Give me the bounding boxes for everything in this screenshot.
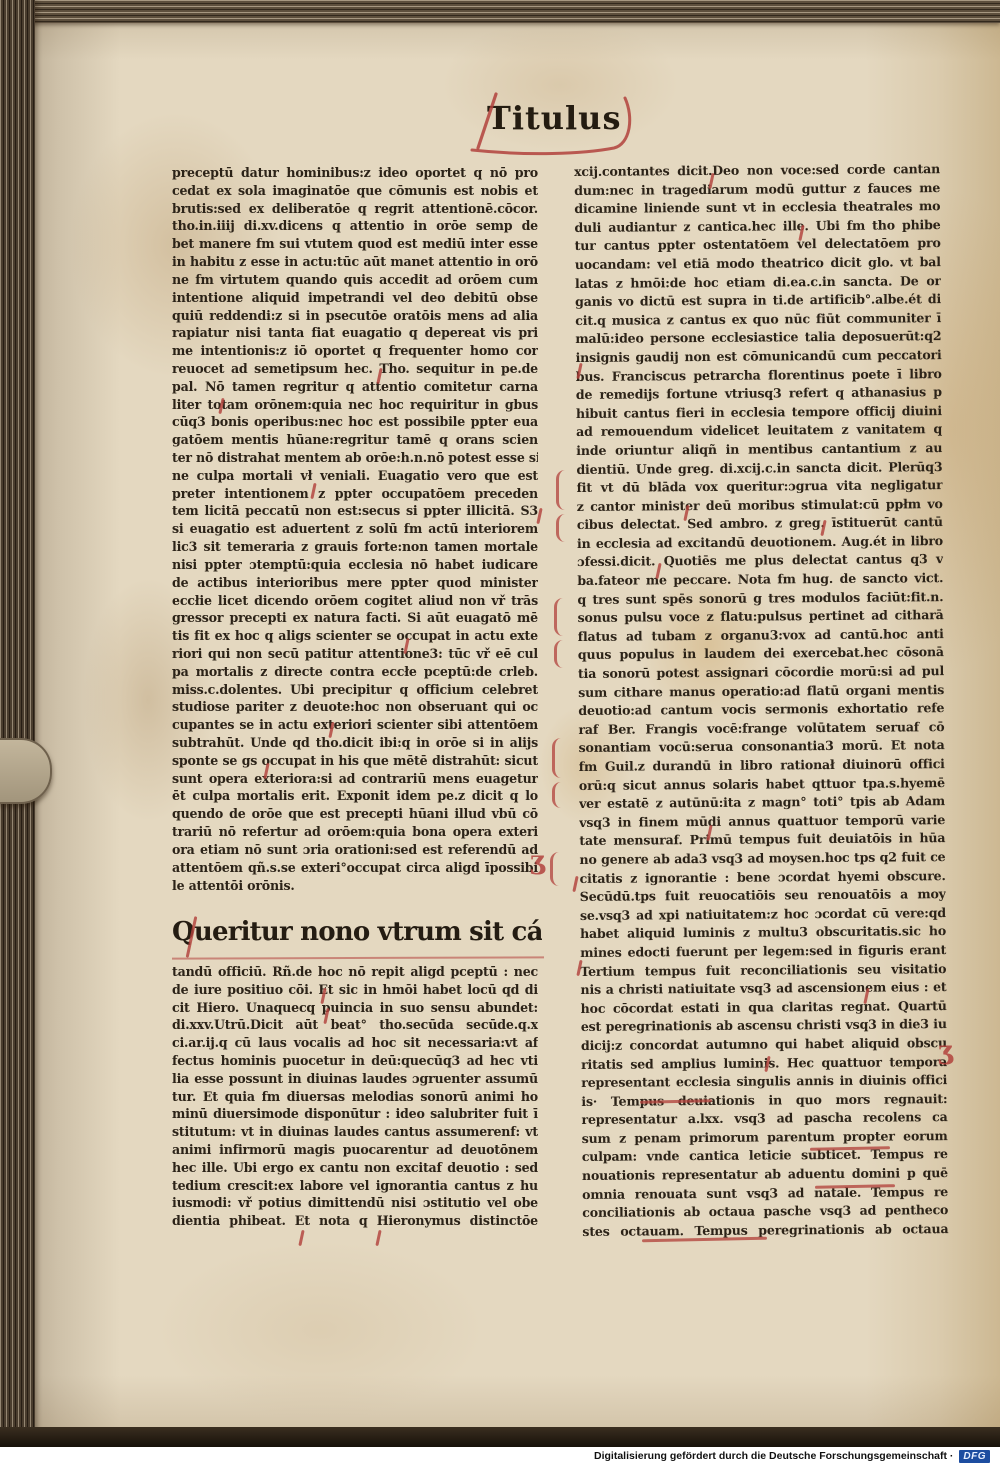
text-line: ci.ar.ij.q cū laus vocalis ad hoc sit ne…	[172, 1034, 538, 1052]
text-line: ne culpa mortali vł veniali. Euagatio ve…	[172, 467, 538, 485]
footer-credit-text: Digitalisierung gefördert durch die Deut…	[594, 1450, 953, 1462]
text-line: ora etiam nō sunt ɔria orationi:sed est …	[172, 841, 538, 859]
text-line: nis a christi natiuitate vsq3 ad ascensi…	[580, 978, 946, 999]
text-line: ne fm virtutem quando quis accedit ad or…	[172, 271, 538, 289]
rubrication-mark	[554, 598, 566, 636]
section-heading: Queritur nono vtrum sit cá	[172, 910, 542, 954]
rubrication-mark	[556, 514, 568, 542]
text-line: dicij:z concordat autumno qui habet aliq…	[581, 1034, 947, 1055]
page-edges-left	[0, 0, 35, 1445]
text-line: tis fit ex hoc q aligs scienter se occup…	[172, 627, 538, 645]
rubrication-mark	[550, 852, 562, 886]
text-line: attentōem qñ.s.se exteri°occupat circa a…	[172, 859, 538, 877]
text-line: tandū officiū. Rñ.de hoc nō repit aligd …	[172, 963, 538, 981]
text-line: quiū reddendi:z si in psecutōe oratōis m…	[172, 307, 538, 325]
rubrication-mark	[552, 738, 564, 778]
text-line: tur. Et quia fm diuersas melodias sonorū…	[172, 1088, 538, 1106]
text-line: stitutum: vt in diuinas laudes cantus as…	[172, 1123, 538, 1141]
text-line: pal. Nō tamen regritur q attentio comite…	[172, 378, 538, 396]
text-line: sunt opera exteriora:si ad contrariū men…	[172, 770, 538, 788]
text-line: si euagatio est aduertent z solū fm actū…	[172, 520, 538, 538]
text-line: miss.c.dolentes. Ubi precipitur q offici…	[172, 681, 538, 699]
text-line: eccłie licet dicendo orōem cogitet aliud…	[172, 592, 538, 610]
text-line: representant ecclesia singulis annis in …	[581, 1071, 947, 1092]
text-line: gatōem mentis hūane:regritur tamē q oran…	[172, 431, 538, 449]
text-line: inde oriuntur aliqñ in mentibus cantanti…	[576, 439, 942, 460]
text-line: me intentionis:z iō oportet q frequenter…	[172, 342, 538, 360]
red-heading-underline	[172, 956, 544, 959]
text-column-left-upper: preceptū datur hominibus:z ideo oportet …	[172, 164, 538, 894]
text-line: subtrahūt. Unde qd tho.dicit ibi:q in or…	[172, 734, 538, 752]
text-line: cedat ex sola imaginatōe que cōmunis est…	[172, 182, 538, 200]
rubrication-mark	[556, 470, 568, 510]
text-line: pa mortalis z directe contra eccłe pcept…	[172, 663, 538, 681]
text-line: trariū nō refertur ad orōem:quia bona op…	[172, 823, 538, 841]
page-title: Titulus	[487, 99, 621, 137]
text-line: de actibus interioribus mere ppter quod …	[172, 574, 538, 592]
text-line: hec ille. Ubi ergo ex cantu non excitaf …	[172, 1159, 538, 1177]
text-line: liter totam orōnem:quia nec hoc requirit…	[172, 396, 538, 414]
text-column-left-lower: tandū officiū. Rñ.de hoc nō repit aligd …	[172, 963, 538, 1230]
text-line: riori qui non secū patitur attentione3: …	[172, 645, 538, 663]
text-line: bet manere fm sui vtutem quod est mediū …	[172, 235, 538, 253]
rubrication-mark	[572, 876, 578, 892]
text-line: tia sonorū potest assignari cōcordie mor…	[578, 662, 944, 683]
text-line: gressor precepti ex natura facti. Si aūt…	[172, 609, 538, 627]
text-line: no genere ab ada3 vsq3 ad moysen.hoc tps…	[579, 848, 945, 869]
text-line: quendo de orōe que est precepti hūani il…	[172, 805, 538, 823]
book-scan: Titulus preceptū datur hominibus:z ideo …	[0, 0, 1000, 1465]
text-line: studiose pariter z deuote:hoc non obseru…	[172, 698, 538, 716]
text-line: Secūdū.tps fuit reuocatiōis seu renouatō…	[580, 885, 946, 906]
text-line: stes octauam. Tempus peregrinationis ab …	[582, 1220, 948, 1241]
text-line: intentione aliquid impetrandi vel deo de…	[172, 289, 538, 307]
text-line: dientia phibeat. Et nota q Hieronymus di…	[172, 1212, 538, 1230]
text-line: cit Hiero. Unaquecq puincia in suo sensu…	[172, 999, 538, 1017]
text-line: minū diuersimode disponūtur : ideo salub…	[172, 1105, 538, 1123]
page-edges-top	[0, 0, 1000, 23]
text-line: preter intentionem z ppter occupatōem pr…	[172, 485, 538, 503]
text-line: xcij.contantes dicit.Deo non voce:sed co…	[574, 160, 940, 181]
text-line: nisi ppter ɔtemptū:quia ecclesia nō habe…	[172, 556, 538, 574]
digitization-footer: Digitalisierung gefördert durch die Deut…	[0, 1447, 1000, 1465]
text-line: lia esse possunt in diuinas laudes ɔgrue…	[172, 1070, 538, 1088]
text-line: reuocet ad semetipsum hec. Tho. sequitur…	[172, 360, 538, 378]
text-line: ganis vo dictū est supra in ti.de artifi…	[575, 290, 941, 311]
text-line: uocandam: vel etiā modo theatrico dicit …	[575, 253, 941, 274]
text-line: tedium crescit:ex labore vel ignorantia …	[172, 1177, 538, 1195]
book-page: Titulus preceptū datur hominibus:z ideo …	[0, 0, 1000, 1465]
dfg-logo: DFG	[959, 1450, 990, 1463]
rubrication-mark	[375, 1230, 381, 1246]
rubrication-mark	[554, 640, 566, 668]
text-line: brutis:sed ex deliberatōe q regrit atten…	[172, 200, 538, 218]
rubrication-mark	[552, 782, 564, 808]
text-line: le attentōi orōnis.	[172, 877, 538, 895]
text-line: tho.in.iiij di.xv.dicens q attentio in o…	[172, 217, 538, 235]
page-edges-bottom	[0, 1427, 1000, 1447]
text-line: fit vt dū blāda vox queritur:ɔgrua vita …	[576, 476, 942, 497]
text-column-right: xcij.contantes dicit.Deo non voce:sed co…	[574, 160, 948, 1241]
text-line: fm Guil.z durandū in libro rationał diui…	[579, 755, 945, 776]
text-line: preceptū datur hominibus:z ideo oportet …	[172, 164, 538, 182]
text-line: nouationis representatur ab aduentu domi…	[582, 1164, 948, 1185]
text-line: de remedijs fortune vtriusq3 refert q at…	[576, 383, 942, 404]
text-line: rapiatur nisi tanta fiat euagatio q depe…	[172, 324, 538, 342]
text-line: lic3 sit temeraria z grauis forte:non ta…	[172, 538, 538, 556]
text-line: mines edocti fuerunt per legem:sed in fi…	[580, 941, 946, 962]
text-line: iusmodi: vř potius dimittendū nisi ɔstit…	[172, 1194, 538, 1212]
text-line: di.xxv.Utrū.Dicit aūt beat° tho.secūda s…	[172, 1016, 538, 1034]
text-line: ēt culpa mortalis erit. Exponit idem pe.…	[172, 787, 538, 805]
text-line: fectus hominis puocetur in deū:quecūq3 a…	[172, 1052, 538, 1070]
text-line: ter nō distrahat mentem ab orōe:h.n.nō p…	[172, 449, 538, 467]
text-line: tem licitā peccatū non est:secus si ppte…	[172, 502, 538, 520]
text-line: animi infirmorū magis puocarentur ad deu…	[172, 1141, 538, 1159]
text-line: cūq3 bonis operibus:nec hoc est possibil…	[172, 413, 538, 431]
text-line: sponte se gs occupat in his que mētē dis…	[172, 752, 538, 770]
rubrication-mark	[298, 1230, 304, 1246]
text-line: in habitu z esse in actu:tūc aūt manet a…	[172, 253, 538, 271]
text-line: de iure positiuo cōi. Et sic in hmōi hab…	[172, 981, 538, 999]
text-line: insignis gaudij non est cōmunicandū cum …	[575, 346, 941, 367]
text-line: cupantes se in actu exteriori scienter s…	[172, 716, 538, 734]
text-line: ba.fateor me peccare. Nota fm hug. de sa…	[577, 569, 943, 590]
